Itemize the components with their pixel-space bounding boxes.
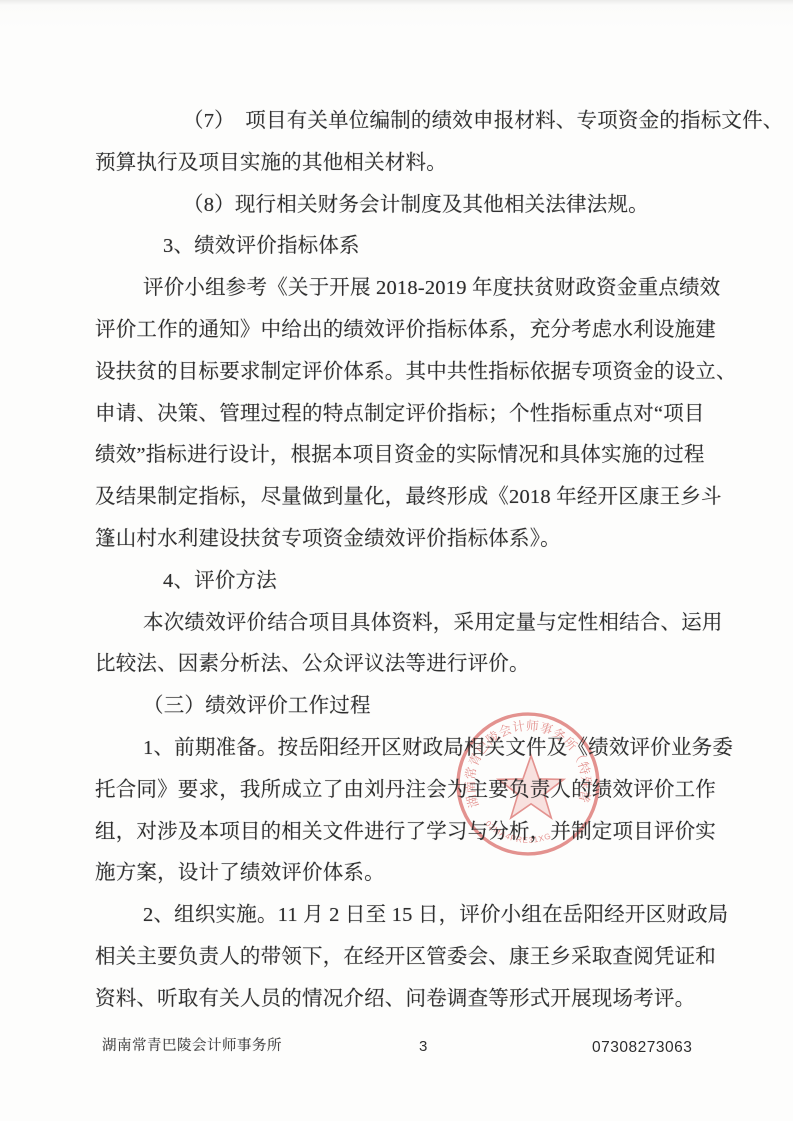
text-line: 1、前期准备。按岳阳经开区财政局相关文件及《绩效评价业务委 xyxy=(95,728,711,770)
text-line: 2、组织实施。11 月 2 日至 15 日，评价小组在岳阳经开区财政局 xyxy=(95,895,711,937)
text-line: 评价小组参考《关于开展 2018-2019 年度扶贫财政资金重点绩效 xyxy=(95,268,711,310)
text-line: 申请、决策、管理过程的特点制定评价指标；个性指标重点对“项目 xyxy=(95,394,711,436)
text-line: 评价工作的通知》中给出的绩效评价指标体系，充分考虑水利设施建 xyxy=(95,310,711,352)
text-line: 资料、听取有关人员的情况介绍、问卷调查等形式开展现场考评。 xyxy=(95,979,711,1021)
text-line: （8）现行相关财务会计制度及其他相关法律法规。 xyxy=(95,185,711,227)
section-heading: 4、评价方法 xyxy=(95,561,711,603)
text-line: 托合同》要求，我所成立了由刘丹注会为主要负责人的绩效评价工作 xyxy=(95,770,711,812)
text-line: 比较法、因素分析法、公众评议法等进行评价。 xyxy=(95,644,711,686)
footer-firm-name: 湖南常青巴陵会计师事务所 xyxy=(102,1034,282,1055)
footer-phone-number: 07308273063 xyxy=(592,1039,692,1057)
text-line: 设扶贫的目标要求制定评价体系。其中共性指标依据专项资金的设立、 xyxy=(95,352,711,394)
section-heading: 3、绩效评价指标体系 xyxy=(95,226,711,268)
text-line: 预算执行及项目实施的其他相关材料。 xyxy=(95,143,711,185)
text-line: 相关主要负责人的带领下，在经开区管委会、康王乡采取查阅凭证和 xyxy=(95,937,711,979)
section-heading: （三）绩效评价工作过程 xyxy=(95,686,711,728)
document-body: （7） 项目有关单位编制的绩效申报材料、专项资金的指标文件、 预算执行及项目实施… xyxy=(95,101,711,1021)
text-line: 及结果制定指标，尽量做到量化，最终形成《2018 年经开区康王乡斗 xyxy=(95,477,711,519)
footer-page-number: 3 xyxy=(419,1038,427,1055)
text-line: 篷山村水利建设扶贫专项资金绩效评价指标体系》。 xyxy=(95,519,711,561)
text-line: 组，对涉及本项目的相关文件进行了学习与分析，并制定项目评价实 xyxy=(95,812,711,854)
text-line: 施方案，设计了绩效评价体系。 xyxy=(95,853,711,895)
text-line: 本次绩效评价结合项目具体资料，采用定量与定性相结合、运用 xyxy=(95,603,711,645)
text-line: 绩效”指标进行设计，根据本项目资金的实际情况和具体实施的过程 xyxy=(95,435,711,477)
text-line: （7） 项目有关单位编制的绩效申报材料、专项资金的指标文件、 xyxy=(95,101,711,143)
